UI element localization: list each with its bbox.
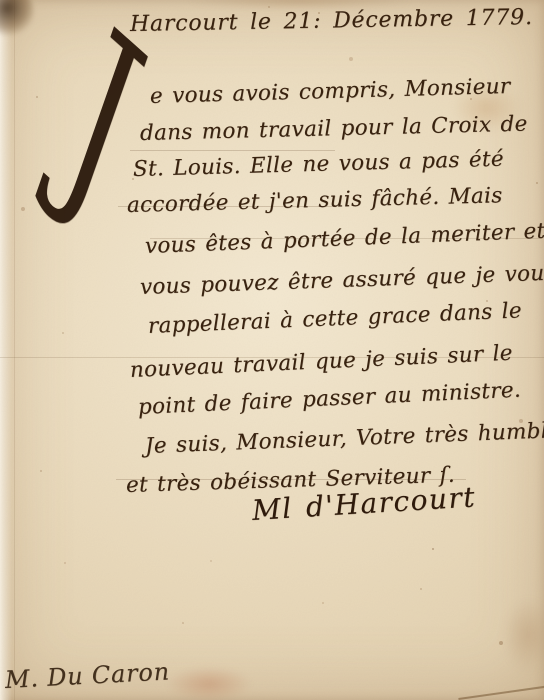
paper-grain-texture [0, 0, 544, 700]
letter-page: Harcourt le 21: Décembre 1779. J e vous … [0, 0, 544, 700]
